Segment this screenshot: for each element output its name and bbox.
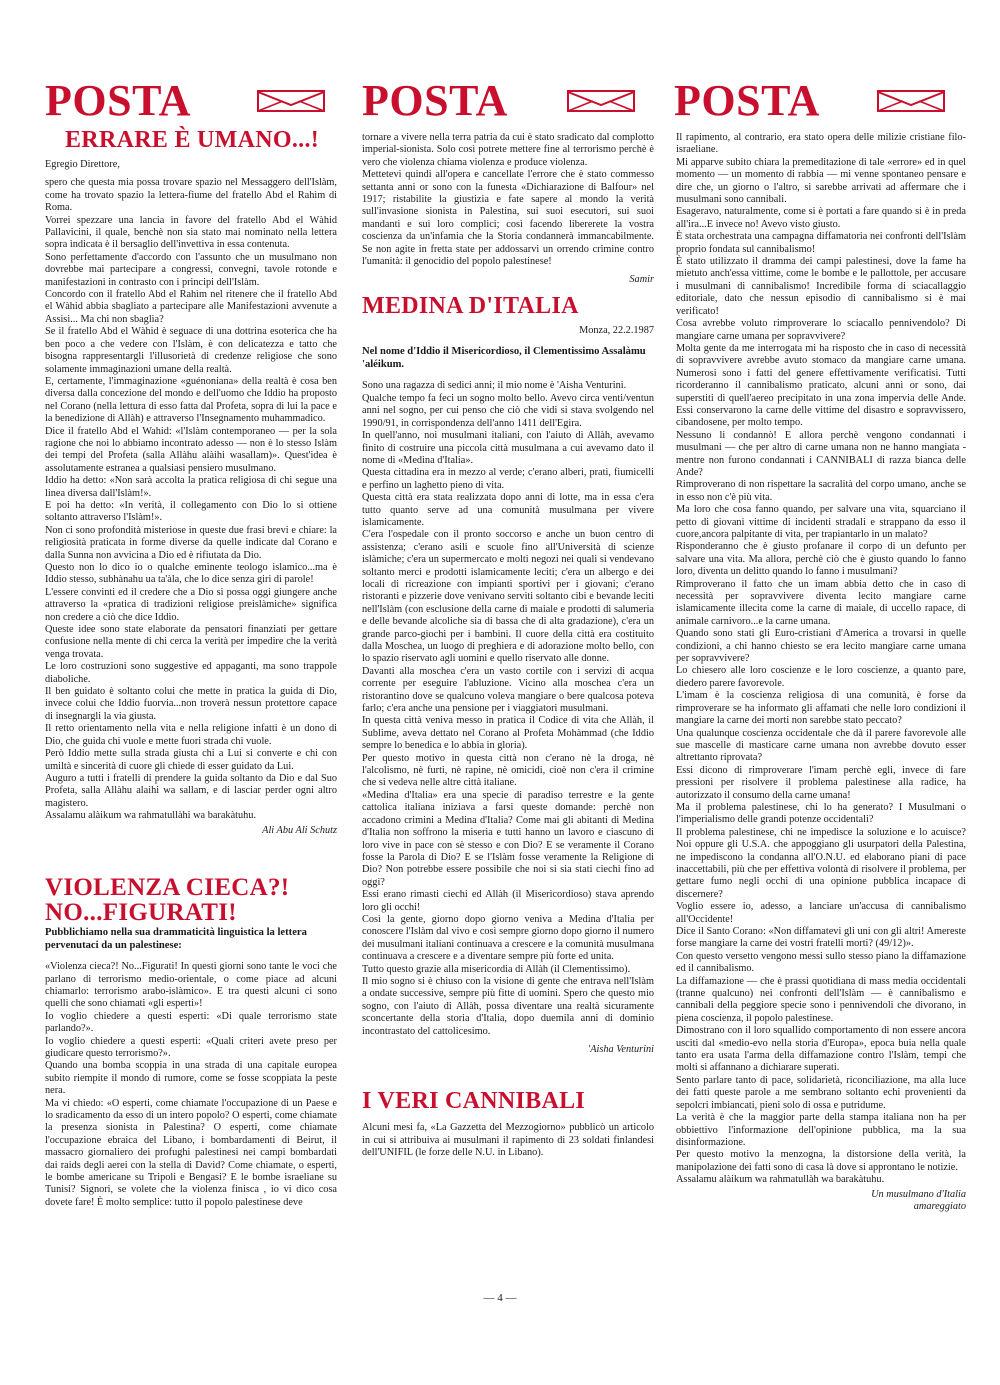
paragraph: Dice il Santo Corano: «Non diffamatevi g… xyxy=(676,926,966,951)
paragraph: «Violenza cieca?! No...Figurati! In ques… xyxy=(45,961,337,1011)
paragraph: Auguro a tutti i fratelli di prendere la… xyxy=(45,773,337,810)
paragraph: Il mio sogno si è chiuso con la visione … xyxy=(362,976,654,1038)
page-number: — 4 — xyxy=(470,1292,530,1304)
intro-violenza: Pubblichiamo nella sua drammaticità ling… xyxy=(45,927,337,952)
paragraph: Queste idee sono state elaborate da pens… xyxy=(45,624,337,661)
paragraph: Essi erano rimasti ciechi ed Allàh (il M… xyxy=(362,889,654,914)
paragraph: «Medina d'Italia» era una specie di para… xyxy=(362,790,654,889)
article-cannibali-intro: Alcuni mesi fa, «La Gazzetta del Mezzogi… xyxy=(362,1122,654,1159)
paragraph: Cosa avrebbe voluto rimproverare lo scia… xyxy=(676,318,966,343)
paragraph: Questa cittadina era in mezzo al verde; … xyxy=(362,467,654,492)
paragraph: Però Iddio mette sulla strada giusta chi… xyxy=(45,748,337,773)
paragraph: Non ci sono profondità misteriose in que… xyxy=(45,525,337,562)
paragraph: L'essere convinti ed il credere che a Di… xyxy=(45,587,337,624)
paragraph: Assalamu alàikum wa rahmatullàhi wa bara… xyxy=(45,810,337,822)
paragraph: Qualche tempo fa feci un sogno molto bel… xyxy=(362,393,654,430)
paragraph: C'era l'ospedale con il pronto soccorso … xyxy=(362,529,654,665)
article-medina-body: Sono una ragazza di sedici anni; il mio … xyxy=(362,380,654,1038)
paragraph: È stato utilizzato il dramma dei campi p… xyxy=(676,256,966,318)
paragraph: Se il fratello Abd el Wàhid è seguace di… xyxy=(45,326,337,376)
paragraph: Concordo con il fratello Abd el Rahìm ne… xyxy=(45,289,337,326)
paragraph: Assalamu alàikum wa rahmatullàh wa barak… xyxy=(676,1174,966,1186)
paragraph: L'imam è la coscienza religiosa di una c… xyxy=(676,690,966,727)
article-cannibali-body: Il rapimento, al contrario, era stato op… xyxy=(676,132,966,1187)
envelope-icon xyxy=(877,90,945,112)
paragraph: Quando una bomba scoppia in una strada d… xyxy=(45,1060,337,1097)
paragraph: Per questo motivo in questa città non c'… xyxy=(362,753,654,790)
article-errare-body: spero che questa mia possa trovare spazi… xyxy=(45,177,337,822)
masthead-title: POSTA xyxy=(362,78,508,124)
headline-violenza-line2: NO...FIGURATI! xyxy=(45,900,337,925)
paragraph: Ma loro che cosa fanno quando, per salva… xyxy=(676,504,966,541)
column-1: ERRARE È UMANO...! Egregio Direttore, sp… xyxy=(45,127,337,1209)
paragraph: Questo non lo dico io o qualche eminente… xyxy=(45,562,337,587)
paragraph: Risponderanno che è giusto profanare il … xyxy=(676,541,966,578)
paragraph: Così la gente, giorno dopo giorno veniva… xyxy=(362,914,654,964)
envelope-icon xyxy=(257,90,325,112)
signature-medina: 'Aisha Venturini xyxy=(362,1044,654,1056)
signature-errare: Ali Abu Ali Schutz xyxy=(45,825,337,837)
paragraph: Nessuno li condannò! E allora perchè ven… xyxy=(676,430,966,480)
paragraph: Il rapimento, al contrario, era stato op… xyxy=(676,132,966,157)
paragraph: tornare a vivere nella terra patria da c… xyxy=(362,132,654,169)
paragraph: Davanti alla moschea c'era un vasto cort… xyxy=(362,666,654,716)
headline-violenza-line1: VIOLENZA CIECA?! xyxy=(45,875,337,900)
paragraph: Rimproverano il fatto che un imam abbia … xyxy=(676,579,966,629)
masthead-title: POSTA xyxy=(45,78,191,124)
paragraph: Questa città era stata realizzata dopo a… xyxy=(362,492,654,529)
paragraph: La verità è che la maggior parte della s… xyxy=(676,1112,966,1149)
greeting: Egregio Direttore, xyxy=(45,159,337,171)
paragraph: Con questo versetto vengono messi sullo … xyxy=(676,951,966,976)
column-2: tornare a vivere nella terra patria da c… xyxy=(362,132,654,1160)
paragraph: In questa città veniva messo in pratica … xyxy=(362,715,654,752)
article-violenza-body: «Violenza cieca?! No...Figurati! In ques… xyxy=(45,961,337,1209)
paragraph: La diffamazione — che è prassi quotidian… xyxy=(676,976,966,1026)
paragraph: Voglio essere io, adesso, a lanciare un'… xyxy=(676,901,966,926)
paragraph: Alcuni mesi fa, «La Gazzetta del Mezzogi… xyxy=(362,1122,654,1159)
paragraph: Quando sono stati gli Euro-cristiani d'A… xyxy=(676,628,966,665)
dateline: Monza, 22.2.1987 xyxy=(362,325,654,337)
signature-cannibali-line1: Un musulmano d'Italia xyxy=(676,1189,966,1201)
paragraph: Mi apparve subito chiara la premeditazio… xyxy=(676,157,966,207)
paragraph: Dimostrano con il loro squallido comport… xyxy=(676,1025,966,1075)
paragraph: In quell'anno, noi musulmani italiani, c… xyxy=(362,430,654,467)
paragraph: Iddio ha detto: «Non sarà accolta la pra… xyxy=(45,475,337,500)
column-3: Il rapimento, al contrario, era stato op… xyxy=(676,132,966,1213)
article-medina: MEDINA D'ITALIA Monza, 22.2.1987 Nel nom… xyxy=(362,293,654,1057)
paragraph: Sento parlare tanto di pace, solidarietà… xyxy=(676,1075,966,1112)
paragraph: Io voglio chiedere a questi esperti: «Di… xyxy=(45,1011,337,1036)
intro-medina: Nel nome d'Iddio il Misericordioso, il C… xyxy=(362,346,654,371)
paragraph: Vorrei spezzare una lancia in favore del… xyxy=(45,215,337,252)
headline-cannibali: I VERI CANNIBALI xyxy=(362,1088,654,1114)
paragraph: Lo chiesero alle loro coscienze e le lor… xyxy=(676,665,966,690)
paragraph: Tutto questo grazie alla misericordia di… xyxy=(362,964,654,976)
paragraph: Per questo motivo la menzogna, la distor… xyxy=(676,1149,966,1174)
paragraph: Ma il problema palestinese, chi lo ha ge… xyxy=(676,802,966,827)
paragraph: È stata orchestrata una campagna diffama… xyxy=(676,231,966,256)
envelope-icon xyxy=(567,90,635,112)
signature-violenza: Samir xyxy=(362,274,654,286)
article-cannibali-start: I VERI CANNIBALI Alcuni mesi fa, «La Gaz… xyxy=(362,1088,654,1159)
paragraph: Sono una ragazza di sedici anni; il mio … xyxy=(362,380,654,392)
paragraph: Il problema palestinese, chi ne impedisc… xyxy=(676,827,966,901)
signature-cannibali-line2: amareggiato xyxy=(676,1201,966,1213)
article-violenza-continuation: tornare a vivere nella terra patria da c… xyxy=(362,132,654,268)
paragraph: spero che questa mia possa trovare spazi… xyxy=(45,177,337,214)
paragraph: Le loro costruzioni sono suggestive ed a… xyxy=(45,661,337,686)
paragraph: Il ben guidato è soltanto colui che mett… xyxy=(45,686,337,723)
paragraph: Mettetevi quindi all'opera e cancellate … xyxy=(362,169,654,268)
masthead-title: POSTA xyxy=(674,78,820,124)
article-violenza: VIOLENZA CIECA?! NO...FIGURATI! Pubblich… xyxy=(45,875,337,1209)
paragraph: Essi dicono di rimproverare l'imam perch… xyxy=(676,765,966,802)
paragraph: E poi ha detto: «In verità, il collegame… xyxy=(45,500,337,525)
paragraph: Dice il fratello Abd el Wahid: «l'Islàm … xyxy=(45,426,337,476)
paragraph: E, certamente, l'immaginazione «guénonia… xyxy=(45,376,337,426)
paragraph: Io voglio chiedere a questi esperti: «Qu… xyxy=(45,1036,337,1061)
headline-medina: MEDINA D'ITALIA xyxy=(362,293,654,319)
paragraph: Esageravo, naturalmente, come si è porta… xyxy=(676,206,966,231)
headline-errare: ERRARE È UMANO...! xyxy=(65,127,337,153)
paragraph: Ma vi chiedo: «O esperti, come chiamate … xyxy=(45,1098,337,1210)
paragraph: Sono perfettamente d'accordo con l'assun… xyxy=(45,252,337,289)
paragraph: Una qualunque coscienza occidentale che … xyxy=(676,728,966,765)
paragraph: Rimproverano di non rispettare la sacral… xyxy=(676,479,966,504)
paragraph: Il retto orientamento nella vita e nella… xyxy=(45,723,337,748)
paragraph: Molta gente da me interrogata mi ha risp… xyxy=(676,343,966,430)
